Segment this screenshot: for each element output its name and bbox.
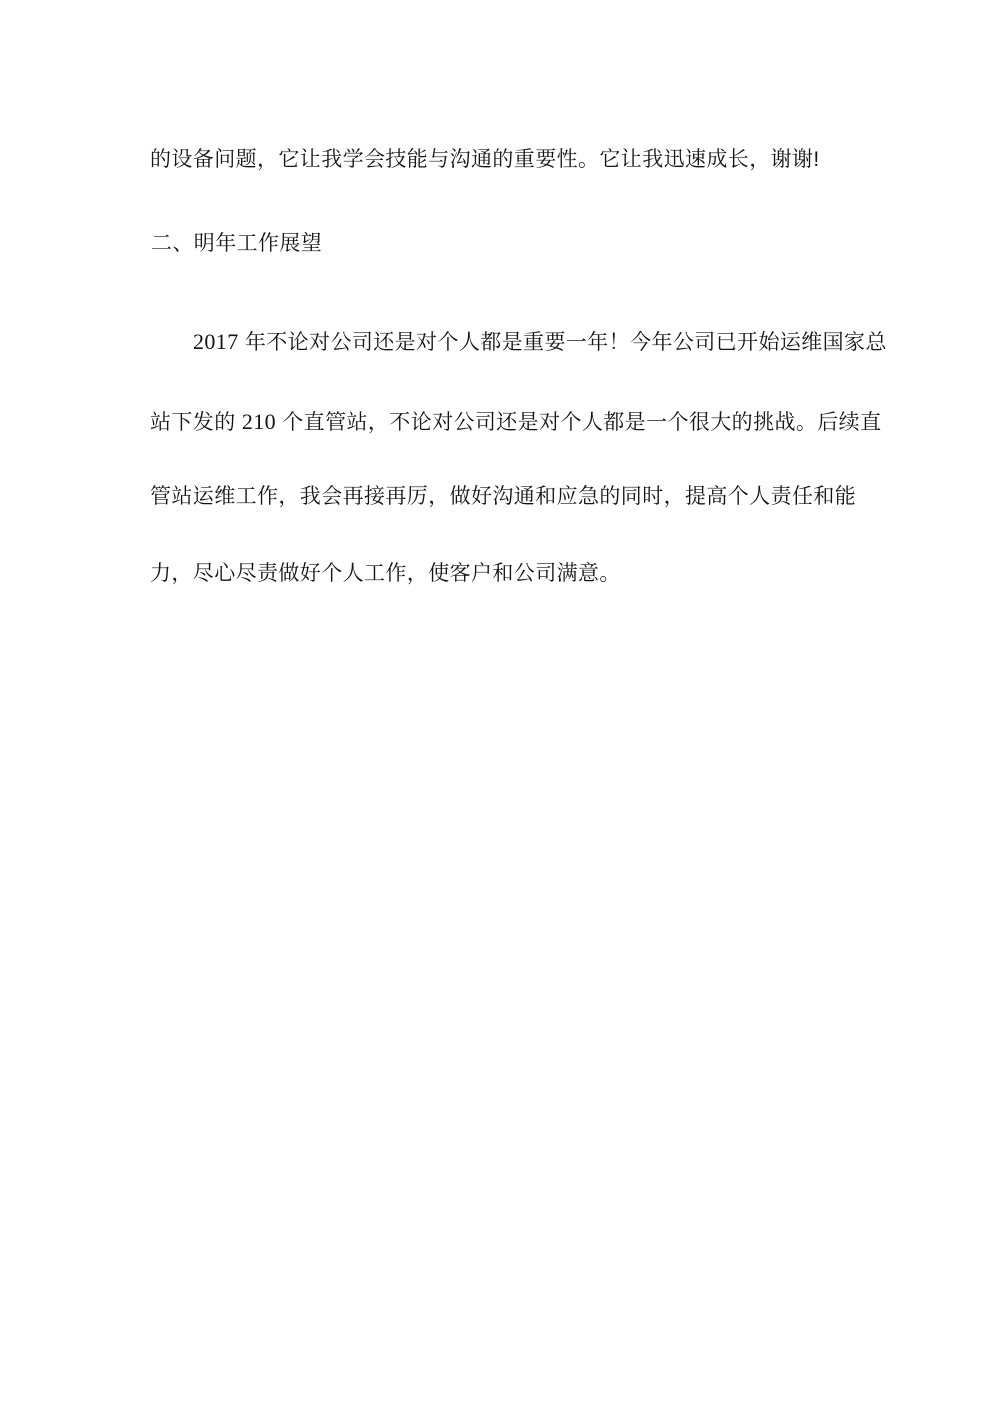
year-number: 2017 bbox=[193, 329, 239, 354]
section-heading: 二、明年工作展望 bbox=[151, 230, 322, 257]
station-count-number: 210 bbox=[242, 409, 276, 434]
paragraph-line-4-text: 力，尽心尽责做好个人工作，使客户和公司满意。 bbox=[150, 562, 621, 585]
paragraph-line-2-pre: 站下发的 bbox=[150, 411, 242, 434]
document-page: 的设备问题，它让我学会技能与沟通的重要性。它让我迅速成长，谢谢! 二、明年工作展… bbox=[0, 0, 1000, 1415]
paragraph-line-4: 力，尽心尽责做好个人工作，使客户和公司满意。 bbox=[150, 560, 621, 587]
paragraph-tail-line: 的设备问题，它让我学会技能与沟通的重要性。它让我迅速成长，谢谢! bbox=[150, 146, 820, 173]
paragraph-line-3: 管站运维工作，我会再接再厉，做好沟通和应急的同时，提高个人责任和能 bbox=[150, 483, 856, 510]
paragraph-line-1-text: 年不论对公司还是对个人都是重要一年！今年公司已开始运维国家总 bbox=[239, 331, 887, 354]
paragraph-line-2: 站下发的 210 个直管站，不论对公司还是对个人都是一个很大的挑战。后续直 bbox=[150, 408, 881, 436]
paragraph-line-2-text: 个直管站，不论对公司还是对个人都是一个很大的挑战。后续直 bbox=[276, 411, 881, 434]
paragraph-line-3-text: 管站运维工作，我会再接再厉，做好沟通和应急的同时，提高个人责任和能 bbox=[150, 485, 856, 508]
section-heading-text: 二、明年工作展望 bbox=[151, 232, 322, 255]
paragraph-tail-text: 的设备问题，它让我学会技能与沟通的重要性。它让我迅速成长，谢谢! bbox=[150, 148, 820, 171]
paragraph-line-1: 2017 年不论对公司还是对个人都是重要一年！今年公司已开始运维国家总 bbox=[193, 328, 887, 356]
